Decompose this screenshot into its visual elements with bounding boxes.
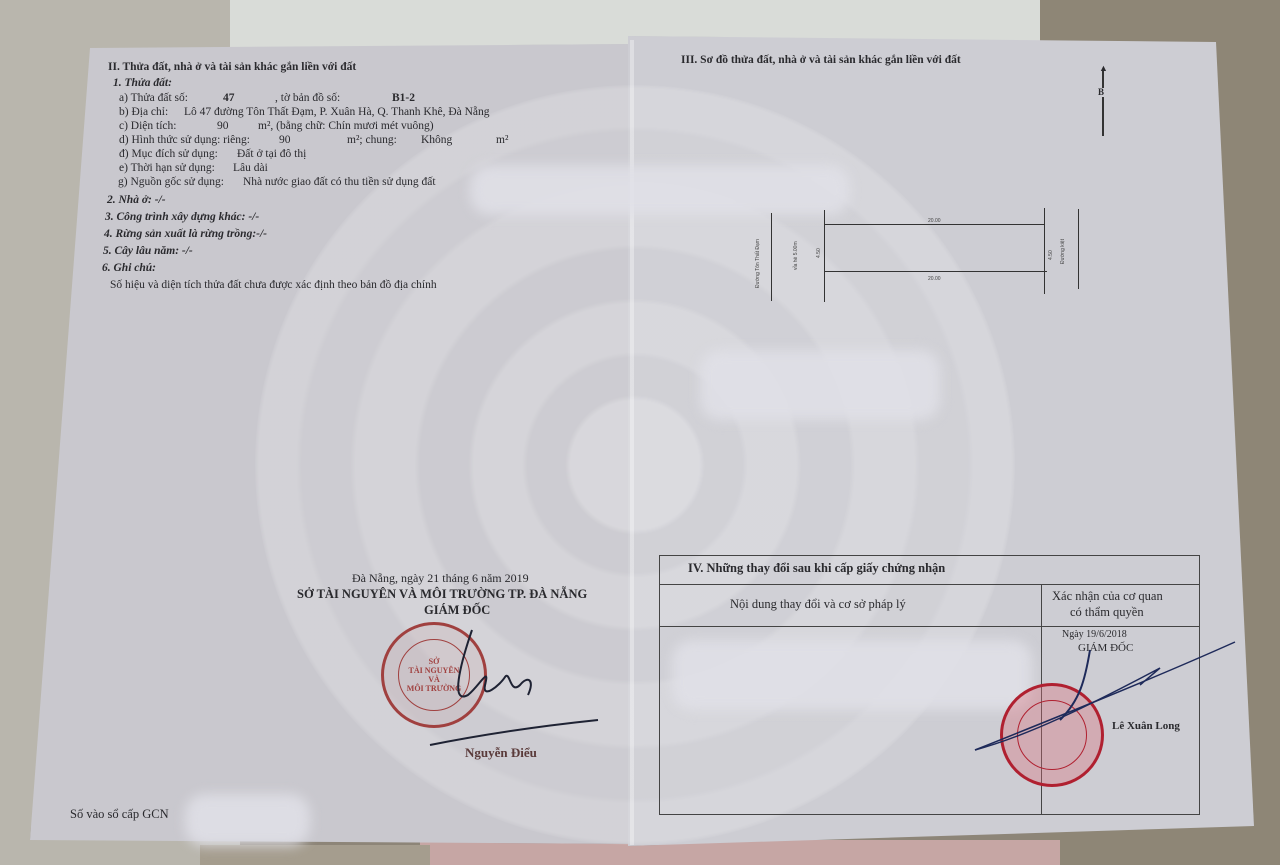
section-2-title: II. Thửa đất, nhà ở và tài sản khác gắn … [108,62,356,74]
column-header-confirm-1: Xác nhận của cơ quan [1052,590,1163,603]
road-left-label: Đường Tôn Thất Đạm [755,239,761,288]
item-6-notes-title: 6. Ghi chú: [102,263,156,275]
usage-shared-value: Không [421,135,452,147]
road-right-label: Đường kiệt [1060,239,1066,264]
issue-date: Đà Nẵng, ngày 21 tháng 6 năm 2019 [352,572,529,584]
road-line [771,213,772,301]
section-4-title: IV. Những thay đổi sau khi cấp giấy chứn… [688,562,945,575]
notes-text: Số hiệu và diện tích thửa đất chưa được … [110,280,437,292]
usage-term-value: Lâu dài [233,163,268,175]
address-value: Lô 47 đường Tôn Thất Đạm, P. Xuân Hà, Q.… [184,107,490,119]
register-number-label: Số vào sổ cấp GCN [70,808,169,821]
confirm-date: Ngày 19/6/2018 [1062,630,1127,640]
signature-right [970,640,1240,760]
redacted-area [700,350,940,420]
usage-private-value: 90 [279,135,291,147]
item-5-perennial-trees: 5. Cây lâu năm: -/- [103,246,193,258]
top-length-label: 20.00 [928,218,941,224]
area-in-words: m², (bằng chữ: Chín mươi mét vuông) [258,121,434,133]
usage-purpose-value: Đất ở tại đô thị [237,149,306,161]
item-4-planted-forest: 4. Rừng sản xuất là rừng trồng:-/- [104,229,267,241]
arrow-head-icon: ▲ [1099,64,1108,73]
usage-purpose-label: đ) Mục đích sử dụng: [119,149,218,161]
signature-left [420,625,620,755]
usage-origin-value: Nhà nước giao đất có thu tiền sử dụng đấ… [243,177,436,189]
redacted-register-number [185,794,310,846]
signer-name: Nguyễn Điểu [465,746,537,759]
parcel-right-edge [1044,208,1045,294]
road-line-right [1078,209,1079,289]
parcel-number-value: 47 [223,93,235,105]
column-header-content: Nội dung thay đổi và cơ sở pháp lý [730,598,906,611]
redacted-area [470,165,850,215]
background-certificate-cover [420,840,1060,865]
signer-title: GIÁM ĐỐC [424,604,490,617]
item-3-other-construction: 3. Công trình xây dựng khác: -/- [105,212,259,224]
address-label: b) Địa chỉ: [119,107,168,119]
usage-shared-label: m²; chung: [347,135,397,147]
usage-origin-label: g) Nguồn gốc sử dụng: [118,177,224,189]
parcel-top-edge [825,224,1044,225]
parcel-bottom-edge [825,271,1047,272]
area-value: 90 [217,121,229,133]
left-width-label: 4.50 [816,248,822,258]
usage-form-label: d) Hình thức sử dụng: riêng: [119,135,250,147]
background-shadow [200,845,430,865]
right-width-label: 4.50 [1048,250,1054,260]
area-label: c) Diện tích: [119,121,176,133]
item-1-title: 1. Thửa đất: [113,78,172,90]
north-arrow [1102,70,1104,136]
item-2-house: 2. Nhà ở: -/- [107,195,166,207]
column-header-confirm-2: có thẩm quyền [1070,606,1144,619]
section-3-title: III. Sơ đồ thửa đất, nhà ở và tài sản kh… [681,55,961,67]
parcel-number-label: a) Thửa đất số: [119,93,188,105]
confirm-signer: Lê Xuân Long [1112,721,1180,732]
north-label: B [1098,88,1104,97]
usage-unit: m² [496,135,508,147]
bottom-length-label: 20.00 [928,276,941,282]
map-sheet-label: , tờ bản đồ số: [275,93,340,105]
map-sheet-value: B1-2 [392,93,415,105]
issuing-authority: SỞ TÀI NGUYÊN VÀ MÔI TRƯỜNG TP. ĐÀ NẴNG [297,588,587,601]
road-left-note: vỉa hè 5.00m [793,241,799,270]
usage-term-label: e) Thời hạn sử dụng: [119,163,215,175]
